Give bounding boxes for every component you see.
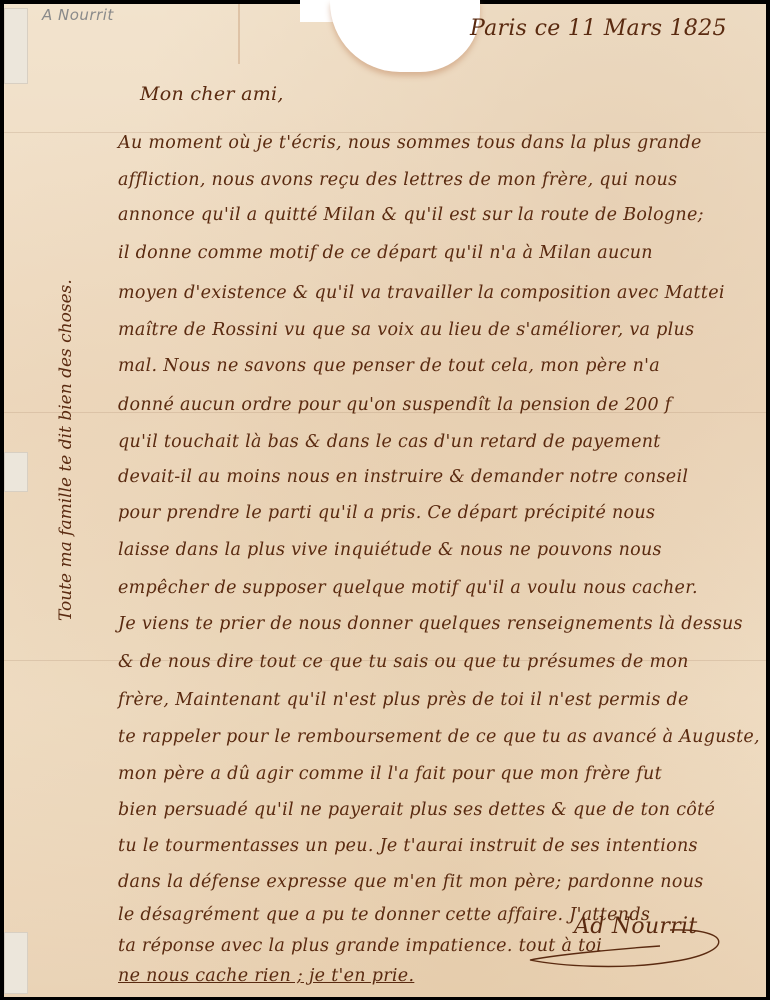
- dateline: Paris ce 11 Mars 1825: [470, 16, 727, 41]
- body-line: tu le tourmentasses un peu. Je t'aurai i…: [118, 836, 698, 856]
- body-line: & de nous dire tout ce que tu sais ou qu…: [118, 652, 689, 672]
- margin-note: Toute ma famille te dit bien des choses.: [48, 160, 84, 740]
- body-line: maître de Rossini vu que sa voix au lieu…: [118, 320, 694, 340]
- body-line: Je viens te prier de nous donner quelque…: [118, 614, 743, 634]
- body-line: frère, Maintenant qu'il n'est plus près …: [118, 690, 689, 710]
- body-line: te rappeler pour le remboursement de ce …: [118, 727, 760, 747]
- body-line: mon père a dû agir comme il l'a fait pou…: [118, 764, 662, 784]
- fold-stain: [238, 4, 240, 64]
- body-line: mal. Nous ne savons que penser de tout c…: [118, 356, 660, 376]
- body-line: empêcher de supposer quelque motif qu'il…: [118, 578, 698, 598]
- body-line: pour prendre le parti qu'il a pris. Ce d…: [118, 503, 655, 523]
- mount-tab: [4, 932, 28, 994]
- body-line: annonce qu'il a quitté Milan & qu'il est…: [118, 205, 704, 225]
- postscript-line: ne nous cache rien ; je t'en prie.: [118, 966, 414, 986]
- body-line: dans la défense expresse que m'en fit mo…: [118, 872, 704, 892]
- pencil-annotation: A Nourrit: [42, 6, 114, 24]
- body-line: moyen d'existence & qu'il va travailler …: [118, 283, 725, 303]
- salutation: Mon cher ami,: [140, 83, 284, 105]
- mount-tab: [4, 8, 28, 84]
- mount-tab: [4, 452, 28, 492]
- body-line: il donne comme motif de ce départ qu'il …: [118, 243, 653, 263]
- body-line: bien persuadé qu'il ne payerait plus ses…: [118, 800, 715, 820]
- body-line: affliction, nous avons reçu des lettres …: [118, 170, 677, 190]
- body-line: Au moment où je t'écris, nous sommes tou…: [118, 133, 702, 153]
- body-line: qu'il touchait là bas & dans le cas d'un…: [118, 432, 661, 452]
- body-line: laisse dans la plus vive inquiétude & no…: [118, 540, 662, 560]
- body-line: donné aucun ordre pour qu'on suspendît l…: [118, 395, 672, 415]
- signature-flourish: [520, 918, 730, 978]
- body-line: devait-il au moins nous en instruire & d…: [118, 467, 688, 487]
